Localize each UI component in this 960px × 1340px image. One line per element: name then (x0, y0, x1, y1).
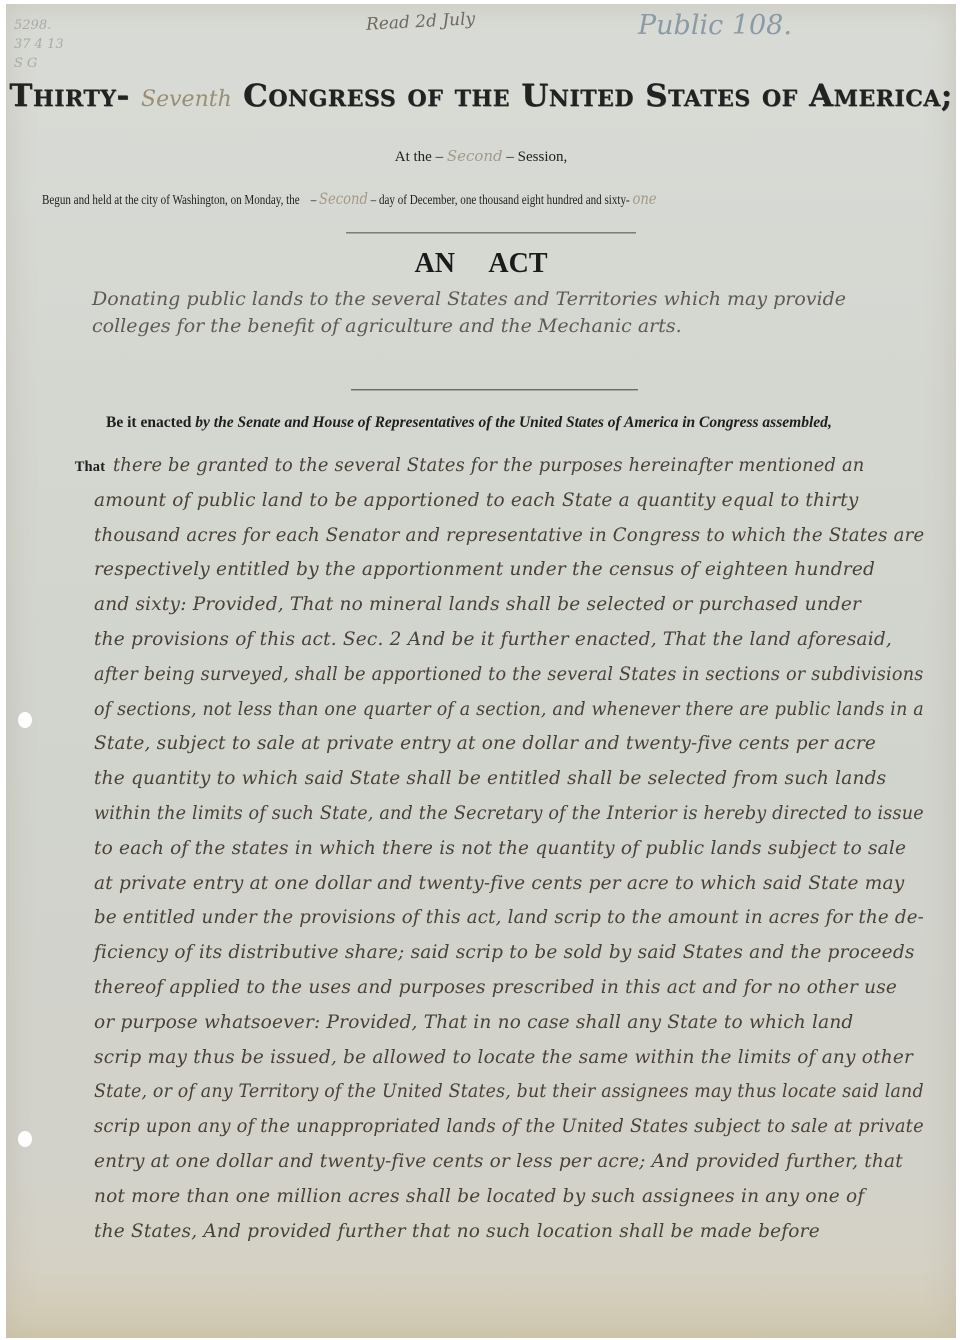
body-line: ficiency of its distributive share; said… (94, 936, 924, 971)
body-line: scrip upon any of the unappropriated lan… (94, 1110, 897, 1145)
divider (346, 232, 636, 233)
body-line-text: amount of public land to be apportioned … (94, 490, 859, 511)
body-line: scrip may thus be issued, be allowed to … (94, 1041, 924, 1076)
body-line: amount of public land to be apportioned … (94, 484, 924, 519)
public-law-note: Public 108. (638, 10, 792, 41)
body-line: the quantity to which said State shall b… (94, 762, 924, 797)
body-line: and sixty: Provided, That no mineral lan… (94, 588, 924, 623)
read-note: Read 2d July (366, 9, 476, 35)
body-line: entry at one dollar and twenty-five cent… (94, 1145, 924, 1180)
body-line: State, subject to sale at private entry … (94, 727, 924, 762)
body-line-text: the States, And provided further that no… (94, 1221, 820, 1242)
act-body: Thatthere be granted to the several Stat… (94, 449, 924, 1249)
masthead: Thirty- Seventh Congress of the United S… (6, 78, 956, 114)
act-purpose: Donating public lands to the several Sta… (92, 286, 922, 340)
body-line: be entitled under the provisions of this… (94, 901, 910, 936)
body-line: the provisions of this act. Sec. 2 And b… (94, 623, 924, 658)
body-line-text: or purpose whatsoever: Provided, That in… (94, 1012, 853, 1033)
session-prefix: At the (395, 149, 432, 165)
body-line-text: respectively entitled by the apportionme… (94, 559, 875, 580)
body-line-text: thousand acres for each Senator and repr… (94, 525, 924, 546)
body-line-text: there be granted to the several States f… (113, 455, 865, 476)
begun-prefix: Begun and held at the city of Washington… (42, 192, 300, 207)
body-line: after being surveyed, shall be apportion… (94, 658, 886, 693)
punch-hole (18, 712, 32, 728)
body-line: State, or of any Territory of the United… (94, 1075, 874, 1110)
body-line-text: within the limits of such State, and the… (94, 803, 924, 824)
body-line: to each of the states in which there is … (94, 832, 924, 867)
act-title: AN ACT (6, 248, 956, 280)
margin-note: S G (14, 54, 64, 73)
body-line-text: and sixty: Provided, That no mineral lan… (94, 594, 861, 615)
begun-day: Second (319, 189, 368, 208)
body-line-text: scrip may thus be issued, be allowed to … (94, 1047, 913, 1068)
body-line: or purpose whatsoever: Provided, That in… (94, 1006, 924, 1041)
body-line-text: the quantity to which said State shall b… (94, 768, 886, 789)
body-line-text: State, or of any Territory of the United… (94, 1081, 924, 1102)
body-line: respectively entitled by the apportionme… (94, 553, 924, 588)
session-line: At the – Second – Session, (6, 147, 956, 166)
masthead-part2: Congress of the United States of America… (243, 78, 953, 114)
body-line-text: thereof applied to the uses and purposes… (94, 977, 897, 998)
session-number: Second (447, 147, 503, 165)
document-page: 5298. 37 4 13 S G Read 2d July Public 10… (6, 4, 956, 1338)
masthead-ordinal: Seventh (141, 87, 232, 112)
begun-line: Begun and held at the city of Washington… (42, 189, 657, 208)
body-line-text: to each of the states in which there is … (94, 838, 906, 859)
enacting-text: by the Senate and House of Representativ… (195, 414, 832, 431)
body-line-text: entry at one dollar and twenty-five cent… (94, 1151, 903, 1172)
body-line-text: be entitled under the provisions of this… (94, 907, 924, 928)
body-line: of sections, not less than one quarter o… (94, 693, 878, 728)
body-line: the States, And provided further that no… (94, 1215, 924, 1250)
body-line-text: the provisions of this act. Sec. 2 And b… (94, 629, 892, 650)
session-suffix: Session, (518, 149, 568, 165)
body-line-text: scrip upon any of the unappropriated lan… (94, 1116, 924, 1137)
margin-note: 37 4 13 (14, 35, 64, 54)
body-line-text: ficiency of its distributive share; said… (94, 942, 915, 963)
margin-notes: 5298. 37 4 13 S G (14, 16, 64, 73)
punch-hole (18, 1131, 32, 1147)
masthead-part1: Thirty- (9, 78, 129, 114)
body-line: within the limits of such State, and the… (94, 797, 883, 832)
body-line-text: of sections, not less than one quarter o… (94, 699, 924, 720)
body-line: thousand acres for each Senator and repr… (94, 519, 907, 554)
be-it-enacted: Be it enacted (106, 414, 191, 431)
body-line-text: not more than one million acres shall be… (94, 1186, 864, 1207)
body-line: at private entry at one dollar and twent… (94, 867, 924, 902)
enacting-clause: Be it enacted by the Senate and House of… (106, 414, 832, 432)
body-line-text: after being surveyed, shall be apportion… (94, 664, 924, 685)
body-line: Thatthere be granted to the several Stat… (94, 449, 894, 484)
lead-word: That (75, 459, 106, 475)
body-line-text: at private entry at one dollar and twent… (94, 873, 904, 894)
body-line: not more than one million acres shall be… (94, 1180, 924, 1215)
begun-middle: day of December, one thousand eight hund… (379, 192, 630, 207)
divider (351, 389, 638, 390)
margin-note: 5298. (14, 16, 64, 35)
body-line: thereof applied to the uses and purposes… (94, 971, 924, 1006)
begun-year: one (632, 189, 656, 208)
body-line-text: State, subject to sale at private entry … (94, 733, 876, 754)
